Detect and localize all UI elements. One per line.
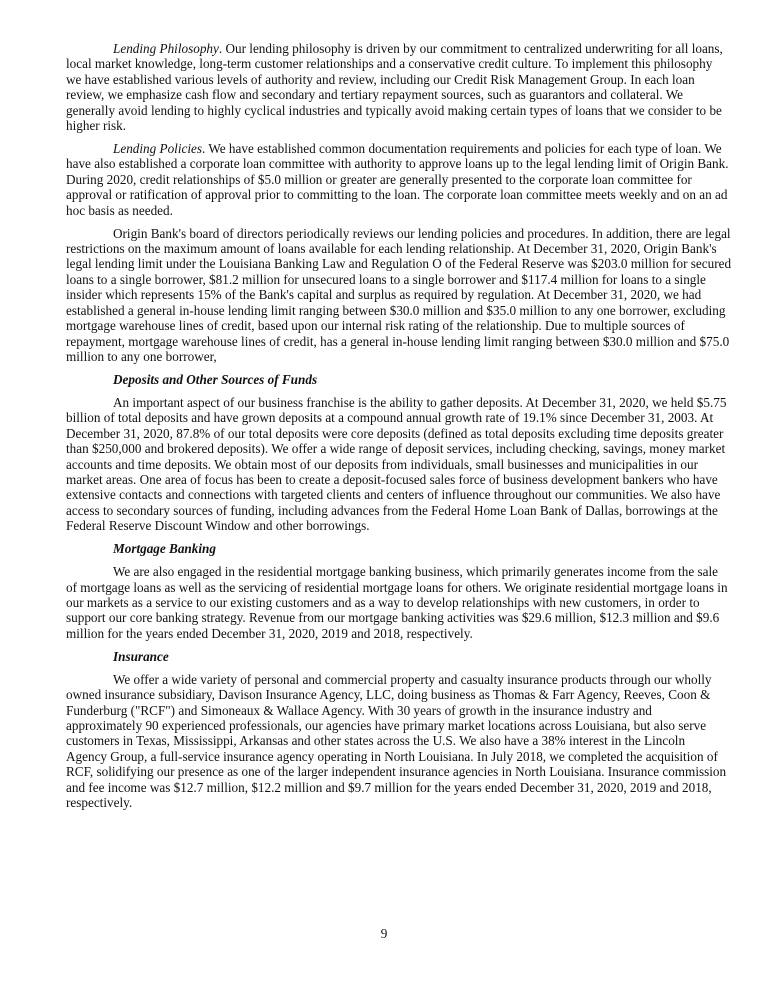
legal-lending-limit-paragraph: Origin Bank's board of directors periodi…	[66, 226, 706, 365]
document-page: Lending Philosophy. Our lending philosop…	[66, 41, 706, 818]
lending-policies-paragraph: Lending Policies. We have established co…	[66, 141, 706, 218]
lending-policies-lead: Lending Policies	[113, 141, 202, 156]
mortgage-banking-heading: Mortgage Banking	[66, 541, 706, 556]
deposits-heading: Deposits and Other Sources of Funds	[66, 372, 706, 387]
deposits-paragraph: An important aspect of our business fran…	[66, 395, 706, 534]
lending-philosophy-paragraph: Lending Philosophy. Our lending philosop…	[66, 41, 706, 133]
page-number: 9	[0, 926, 768, 942]
insurance-paragraph: We offer a wide variety of personal and …	[66, 672, 706, 811]
lending-philosophy-lead: Lending Philosophy	[113, 41, 219, 56]
insurance-heading: Insurance	[66, 649, 706, 664]
mortgage-banking-paragraph: We are also engaged in the residential m…	[66, 564, 706, 641]
